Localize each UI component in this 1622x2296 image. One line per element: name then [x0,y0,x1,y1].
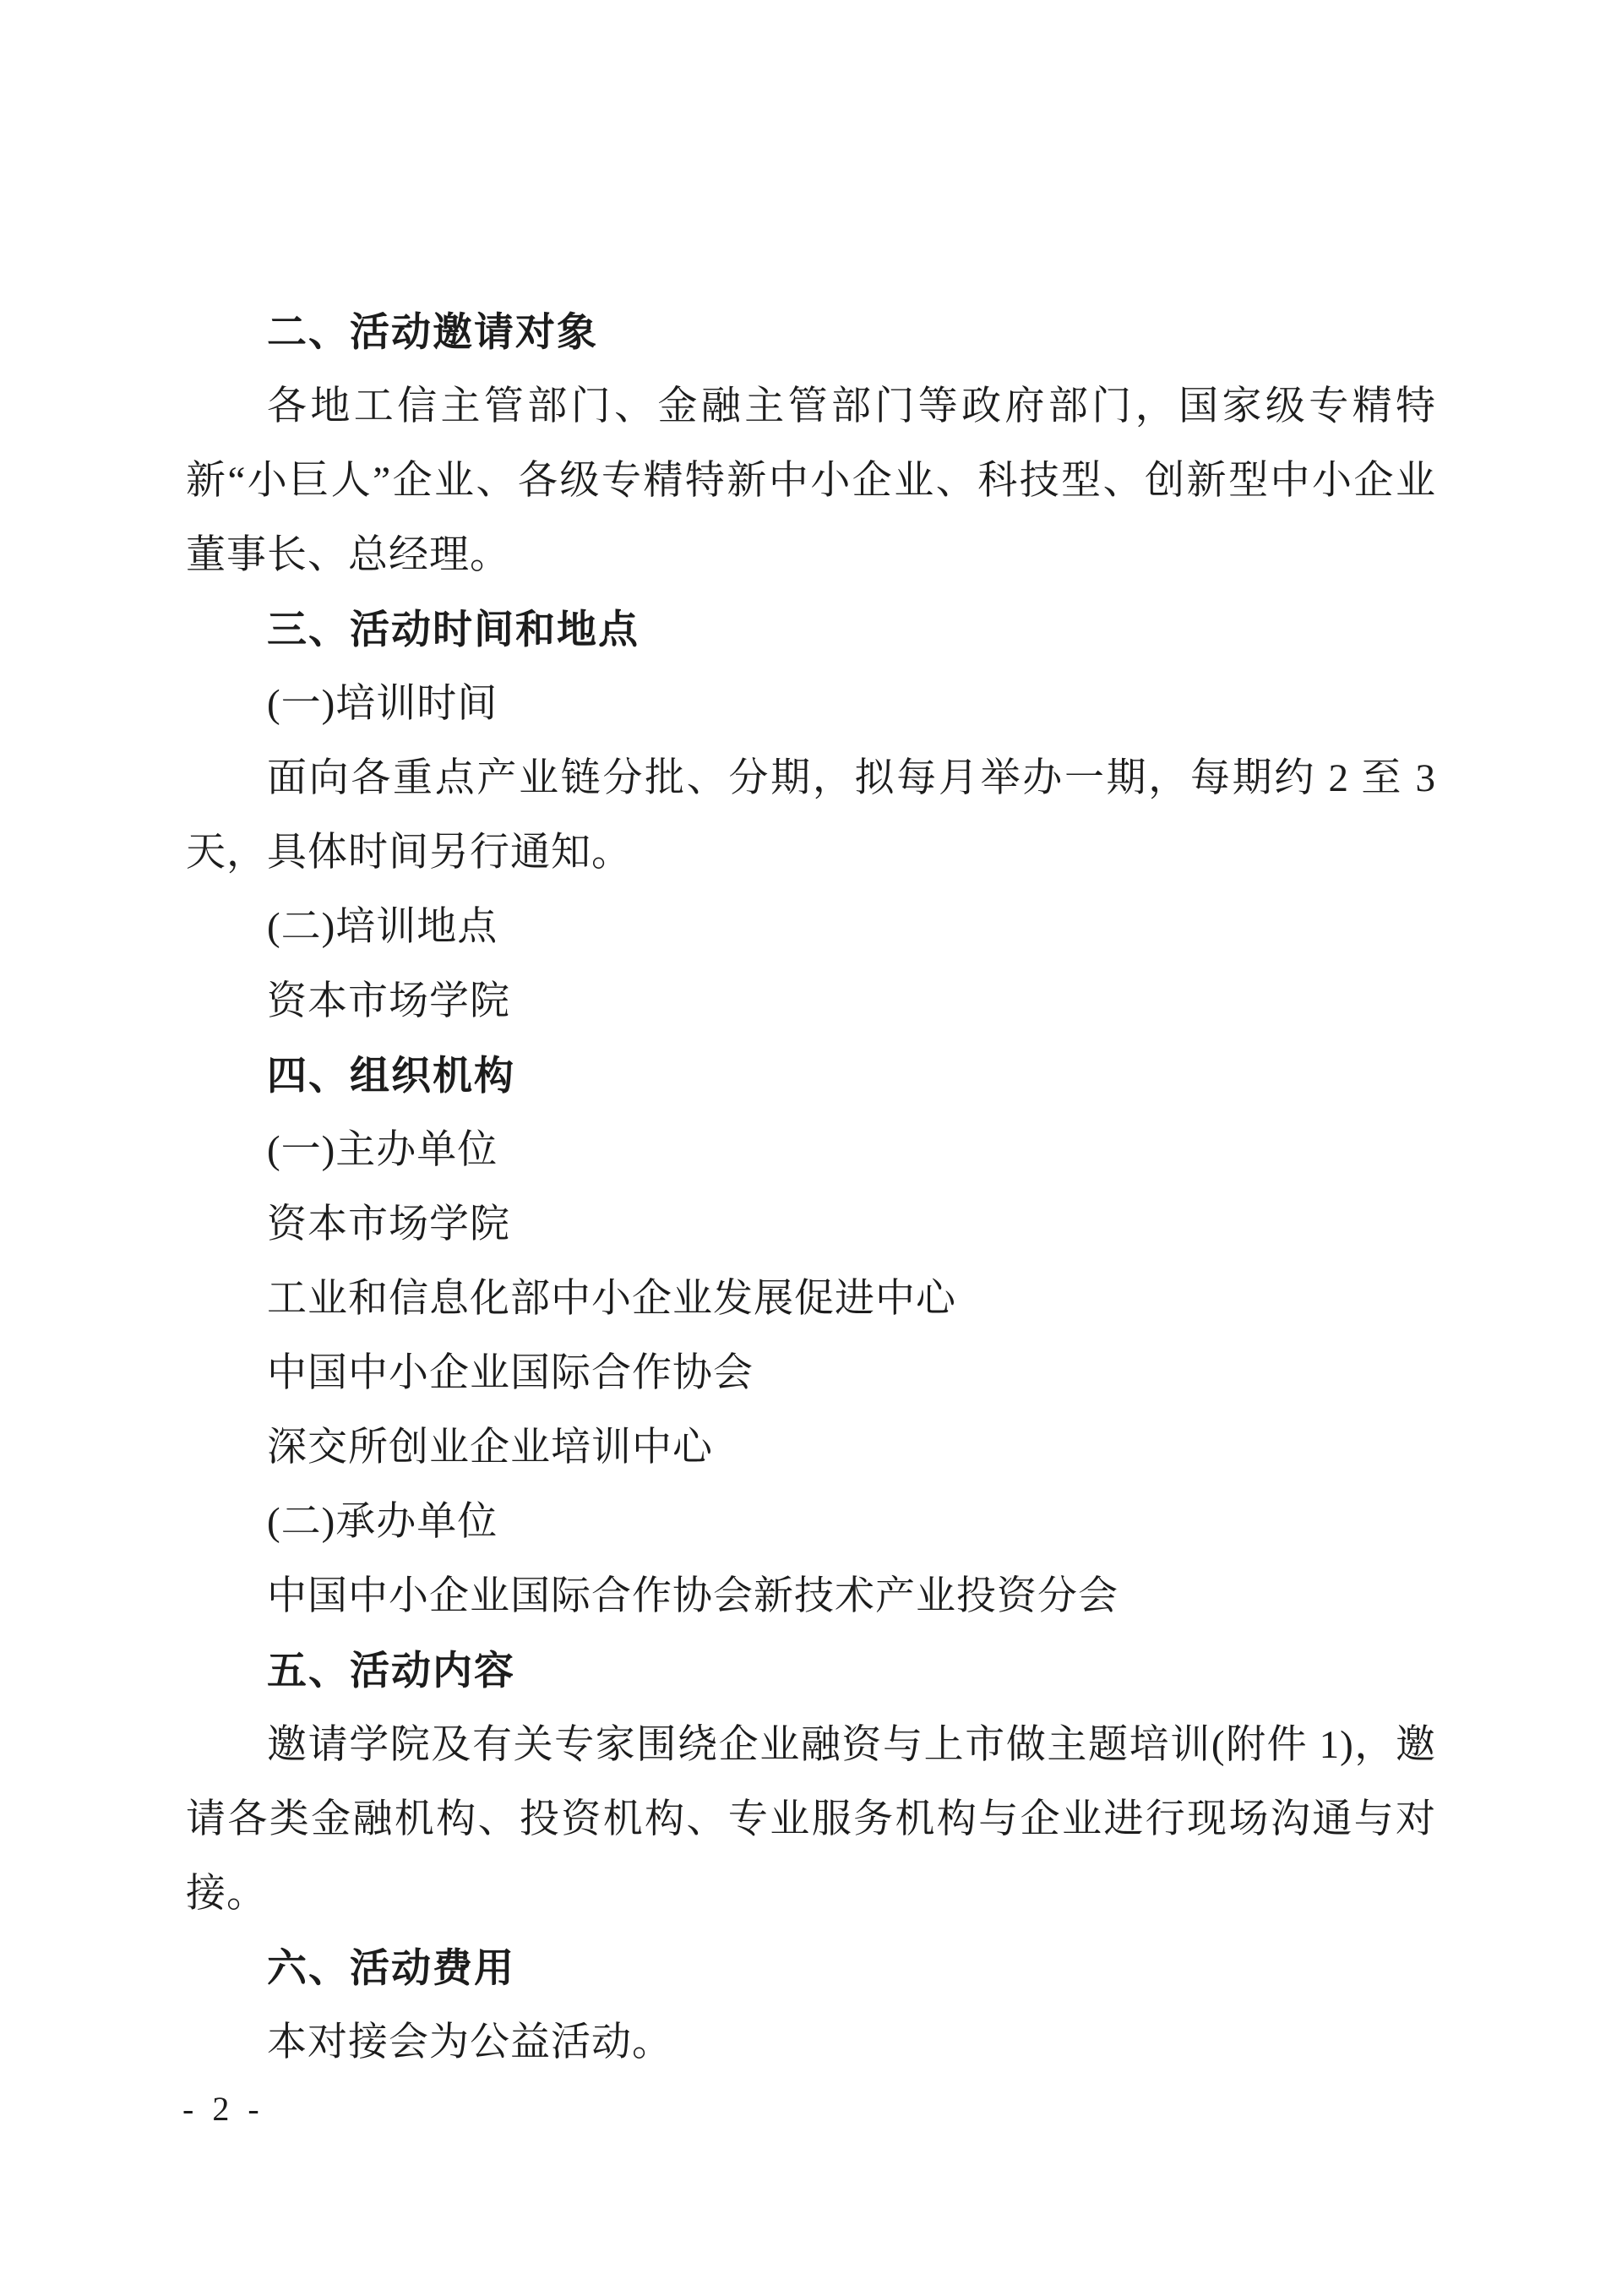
para-activity-content: 邀请学院及有关专家围绕企业融资与上市做主题培训(附件 1)，邀请各类金融机构、投… [186,1708,1436,1931]
line-host-unit-1: 资本市场学院 [186,1187,1436,1262]
subheading-host-units: (一)主办单位 [186,1113,1436,1187]
subheading-training-location: (二)培训地点 [186,890,1436,964]
line-host-unit-4: 深交所创业企业培训中心 [186,1410,1436,1485]
line-training-location: 资本市场学院 [186,964,1436,1039]
heading-invitees: 二、活动邀请对象 [186,295,1436,369]
heading-time-location: 三、活动时间和地点 [186,592,1436,667]
para-activity-fee: 本对接会为公益活动。 [186,2005,1436,2080]
heading-organization: 四、组织机构 [186,1039,1436,1113]
para-training-time: 面向各重点产业链分批、分期，拟每月举办一期，每期约 2 至 3 天，具体时间另行… [186,741,1436,890]
heading-activity-content: 五、活动内容 [186,1633,1436,1708]
subheading-organizer-unit: (二)承办单位 [186,1485,1436,1559]
line-host-unit-2: 工业和信息化部中小企业发展促进中心 [186,1262,1436,1336]
document-body: 二、活动邀请对象 各地工信主管部门、金融主管部门等政府部门，国家级专精特新“小巨… [186,295,1436,2080]
subheading-training-time: (一)培训时间 [186,667,1436,741]
para-invitees: 各地工信主管部门、金融主管部门等政府部门，国家级专精特新“小巨人”企业、各级专精… [186,369,1436,592]
document-page: 二、活动邀请对象 各地工信主管部门、金融主管部门等政府部门，国家级专精特新“小巨… [0,0,1622,2296]
line-host-unit-3: 中国中小企业国际合作协会 [186,1336,1436,1410]
line-organizer-unit: 中国中小企业国际合作协会新技术产业投资分会 [186,1559,1436,1633]
heading-activity-fee: 六、活动费用 [186,1931,1436,2005]
page-number: - 2 - [182,2087,264,2131]
